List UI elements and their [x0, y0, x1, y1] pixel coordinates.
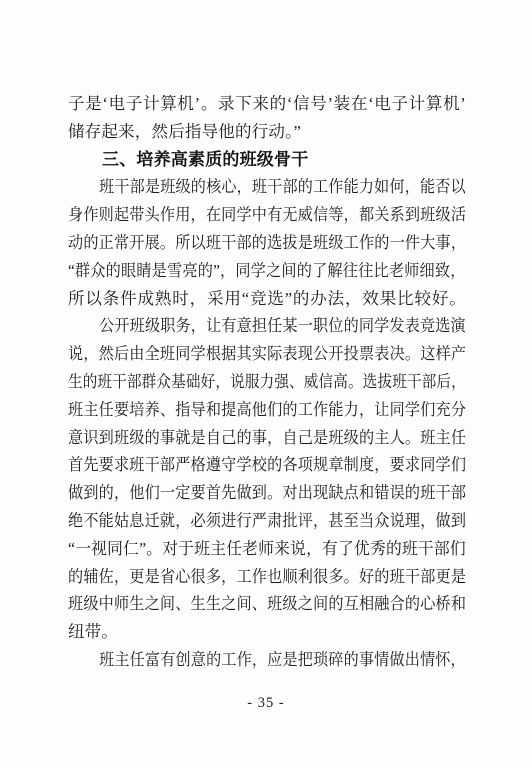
text-line: “一视同仁”。对于班主任老师来说，有了优秀的班干部们 — [68, 535, 449, 563]
text-line: 意识到班级的事就是自己的事，自己是班级的主人。班主任 — [68, 424, 433, 452]
text-line: 绝不能姑息迁就，必须进行严肃批评，甚至当众说理，做到 — [68, 507, 433, 535]
text-line: 纽带。 — [68, 618, 466, 646]
text-line: 班干部是班级的核心，班干部的工作能力如何，能否以 — [68, 173, 432, 201]
text-line: 生的班干部群众基础好，说服力强、威信高。选拔班干部后， — [68, 368, 419, 396]
page-number: - 35 - — [0, 695, 532, 712]
text-line: “群众的眼睛是雪亮的”，同学之间的了解往往比老师细致， — [68, 257, 434, 285]
text-line: 储存起来，然后指导他的行动。” — [68, 118, 466, 146]
text-line: 首先要求班干部严格遵守学校的各项规章制度，要求同学们 — [68, 451, 433, 479]
text-line: 说，然后由全班同学根据其实际表现公开投票表决。这样产 — [68, 340, 433, 368]
text-line: 动的正常开展。所以班干部的选拔是班级工作的一件大事， — [68, 229, 433, 257]
text-line: 子是‘电子计算机’。录下来的‘信号’装在‘电子计算机’ — [68, 90, 466, 118]
text-block: 子是‘电子计算机’。录下来的‘信号’装在‘电子计算机’ 储存起来，然后指导他的行… — [68, 90, 466, 674]
text-line: 班级中师生之间、生生之间、班级之间的互相融合的心桥和 — [68, 590, 433, 618]
section-heading: 三、培养高素质的班级骨干 — [68, 146, 466, 174]
text-line: 班主任富有创意的工作，应是把琐碎的事情做出情怀， — [68, 646, 432, 674]
text-line: 的辅佐，更是省心很多，工作也顺利很多。好的班干部更是 — [68, 563, 433, 591]
text-line: 做到的，他们一定要首先做到。对出现缺点和错误的班干部 — [68, 479, 433, 507]
text-line: 所以条件成熟时，采用“竞选”的办法，效果比较好。 — [68, 285, 466, 313]
document-page: 子是‘电子计算机’。录下来的‘信号’装在‘电子计算机’ 储存起来，然后指导他的行… — [0, 0, 532, 768]
text-line: 公开班级职务，让有意担任某一职位的同学发表竞选演 — [68, 312, 432, 340]
text-line: 班主任要培养、指导和提高他们的工作能力，让同学们充分 — [68, 396, 433, 424]
text-line: 身作则起带头作用，在同学中有无威信等，都关系到班级活 — [68, 201, 433, 229]
